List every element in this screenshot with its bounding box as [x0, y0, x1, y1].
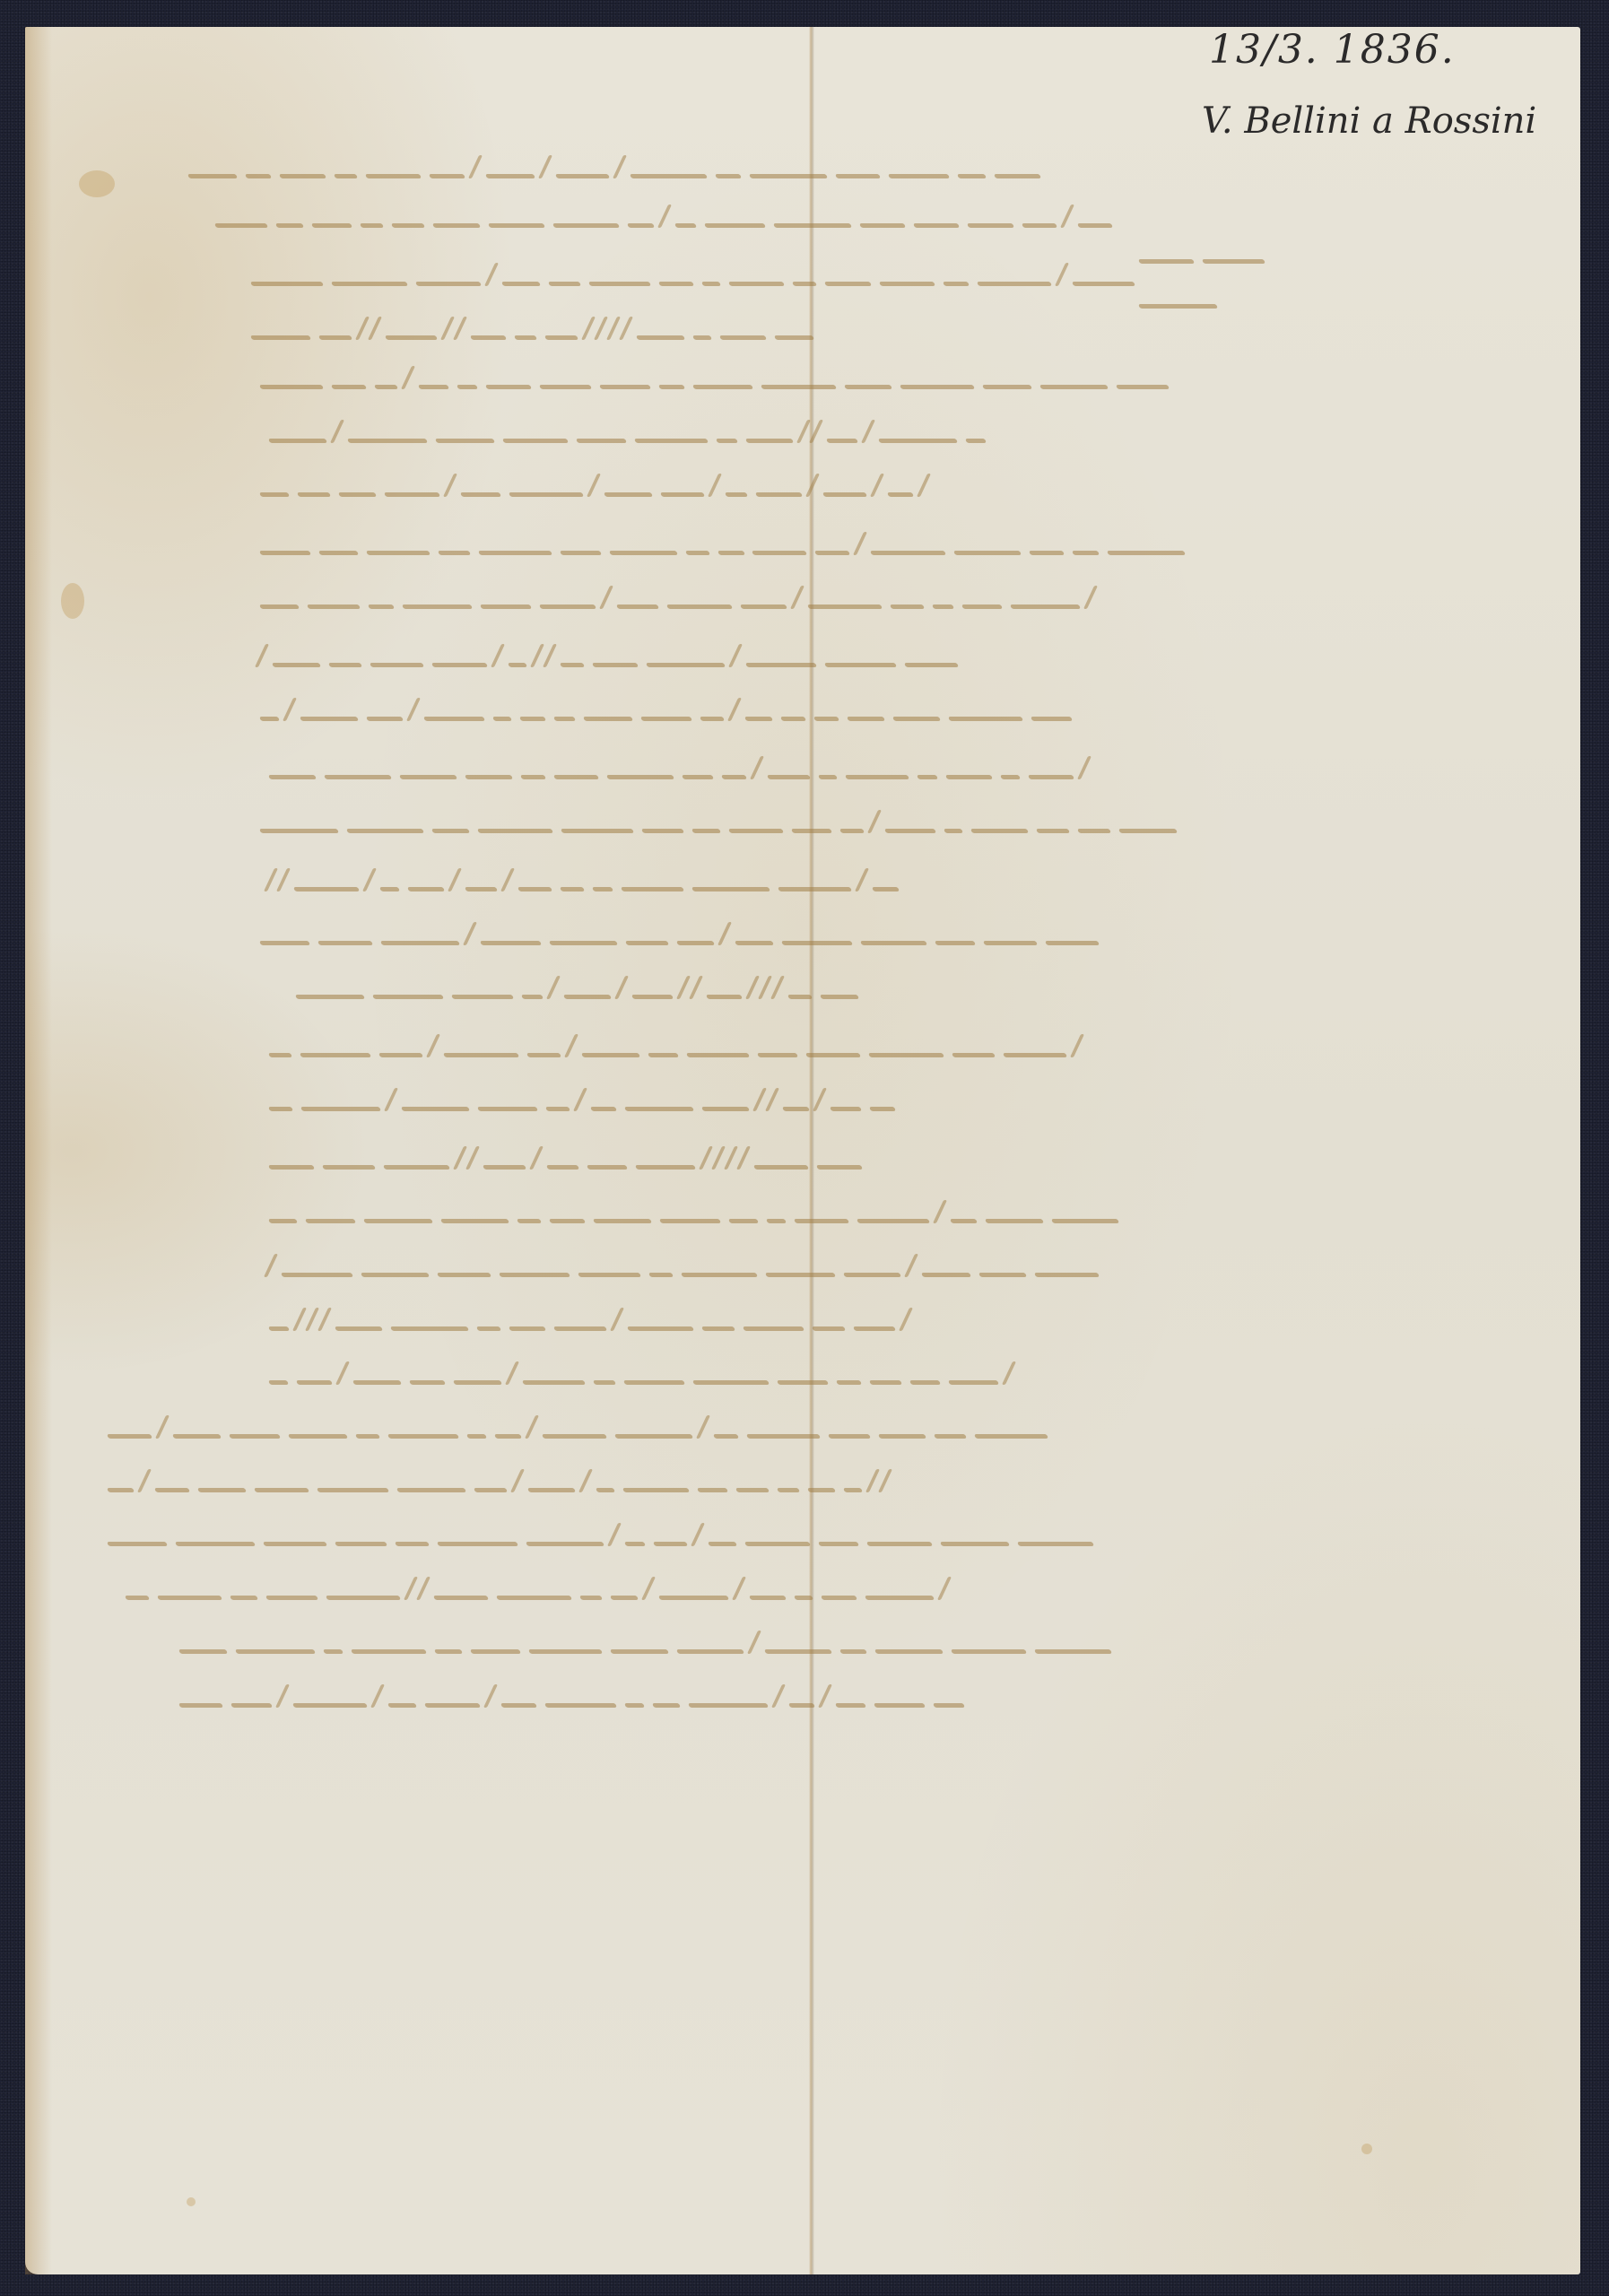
ink-stroke: [443, 474, 457, 497]
ink-stroke: [483, 1165, 526, 1170]
ink-stroke: [816, 1165, 863, 1170]
ink-stroke: [1003, 1053, 1067, 1057]
ink-stroke: [713, 1434, 739, 1439]
ink-stroke: [383, 1165, 450, 1170]
ink-stroke: [499, 1273, 570, 1277]
ink-stroke: [259, 385, 324, 389]
ink-stroke: [674, 223, 697, 228]
ink-stroke: [774, 335, 814, 340]
ink-stroke: [676, 941, 715, 945]
ink-stroke: [453, 1146, 467, 1170]
ink-stroke: [610, 1308, 624, 1331]
ink-stroke: [778, 887, 852, 891]
ink-stroke: [857, 1219, 930, 1223]
ink-stroke: [631, 995, 674, 999]
ink-stroke: [855, 868, 869, 891]
ink-stroke: [296, 1380, 333, 1385]
ink-stroke: [835, 174, 881, 178]
ink-stroke: [563, 995, 612, 999]
ink-stroke: [787, 995, 813, 999]
ink-stroke: [835, 1703, 866, 1708]
ink-stroke: [324, 775, 392, 779]
ink-stroke: [796, 420, 811, 443]
ink-stroke: [305, 1308, 319, 1331]
ink-stroke: [744, 1542, 811, 1546]
ink-stroke: [648, 1273, 674, 1277]
ink-stroke: [957, 174, 987, 178]
ink-stroke: [630, 174, 708, 178]
ink-stroke: [660, 492, 705, 497]
ink-stroke: [824, 663, 897, 667]
ink-stroke: [538, 155, 552, 178]
ink-stroke: [259, 941, 310, 945]
ink-stroke: [728, 644, 743, 667]
ink-stroke: [385, 335, 438, 340]
ink-stroke: [624, 1703, 645, 1708]
ink-stroke: [616, 604, 659, 609]
ink-stroke: [765, 1088, 779, 1111]
ink-stroke: [443, 1053, 519, 1057]
ink-stroke: [1010, 604, 1081, 609]
ink-stroke: [387, 1703, 417, 1708]
ink-stroke: [917, 474, 931, 497]
bleed-through-line: [179, 1677, 1184, 1708]
ink-stroke: [728, 282, 785, 286]
ink-stroke: [477, 829, 553, 833]
ink-stroke: [604, 492, 653, 497]
ink-stroke: [780, 717, 806, 721]
ink-stroke: [331, 385, 367, 389]
ink-stroke: [791, 829, 832, 833]
bleed-through-line: [260, 525, 1184, 555]
ink-stroke: [700, 717, 725, 721]
ink-stroke: [355, 317, 370, 340]
ink-stroke: [578, 1273, 641, 1277]
ink-stroke: [485, 385, 532, 389]
ink-stroke: [259, 492, 290, 497]
ink-stroke: [828, 1434, 871, 1439]
ink-stroke: [692, 1380, 770, 1385]
ink-stroke: [813, 717, 839, 721]
ink-stroke: [431, 829, 470, 833]
ink-stroke: [378, 1053, 423, 1057]
ink-stroke: [338, 492, 377, 497]
ink-stroke: [977, 282, 1052, 286]
ink-stroke: [965, 439, 987, 443]
bleed-through-line: [126, 1570, 1193, 1600]
ink-stroke: [1077, 223, 1113, 228]
ink-stroke: [501, 282, 541, 286]
ink-stroke: [948, 717, 1023, 721]
ink-stroke: [362, 868, 377, 891]
manuscript-page: [25, 27, 1580, 2274]
ink-stroke: [826, 439, 858, 443]
ink-stroke: [465, 1146, 480, 1170]
ink-stroke: [788, 1703, 815, 1708]
ink-stroke: [821, 1596, 857, 1600]
ink-stroke: [807, 604, 883, 609]
ink-stroke: [592, 663, 639, 667]
ink-stroke: [331, 282, 408, 286]
ink-stroke: [770, 976, 785, 999]
ink-stroke: [899, 1308, 913, 1331]
ink-stroke: [544, 1703, 617, 1708]
ink-stroke: [255, 644, 269, 667]
ink-stroke: [641, 1577, 656, 1600]
bleed-through-line: [269, 1027, 1184, 1057]
ink-stroke: [718, 922, 732, 945]
ink-stroke: [676, 976, 691, 999]
ink-stroke: [627, 1326, 694, 1331]
ink-stroke: [573, 1088, 587, 1111]
ink-stroke: [1083, 586, 1098, 609]
ink-stroke: [368, 317, 382, 340]
ink-stroke: [752, 1088, 767, 1111]
ink-stroke: [561, 829, 634, 833]
ink-stroke: [317, 1488, 389, 1492]
ink-stroke: [691, 1523, 705, 1546]
ink-stroke: [878, 1434, 926, 1439]
ink-stroke: [646, 663, 726, 667]
ink-stroke: [688, 1703, 769, 1708]
ink-stroke: [732, 1577, 746, 1600]
ink-stroke: [510, 1469, 525, 1492]
ink-stroke: [440, 317, 455, 340]
ink-stroke: [740, 604, 787, 609]
ink-stroke: [982, 385, 1032, 389]
ink-stroke: [438, 551, 471, 555]
ink-stroke: [607, 1523, 622, 1546]
ink-stroke: [813, 1088, 827, 1111]
ink-stroke: [704, 223, 766, 228]
ink-stroke: [805, 474, 820, 497]
ink-stroke: [402, 604, 473, 609]
ink-stroke: [735, 941, 774, 945]
ink-stroke: [295, 995, 365, 999]
ink-stroke: [496, 1596, 572, 1600]
bleed-through-line: [269, 1139, 1175, 1170]
ink-stroke: [587, 474, 601, 497]
ink-stroke: [276, 868, 291, 891]
ink-stroke: [300, 1053, 371, 1057]
ink-stroke: [933, 1703, 965, 1708]
ink-stroke: [682, 775, 714, 779]
ink-stroke: [500, 1703, 537, 1708]
ink-stroke: [416, 1577, 431, 1600]
ink-stroke: [747, 1631, 761, 1654]
ink-stroke: [326, 1596, 401, 1600]
ink-stroke: [736, 1146, 751, 1170]
ink-stroke: [292, 1703, 368, 1708]
ink-stroke: [465, 775, 513, 779]
ink-stroke: [641, 829, 684, 833]
ink-stroke: [409, 1380, 446, 1385]
ink-stroke: [275, 223, 304, 228]
ink-stroke: [892, 717, 941, 721]
ink-stroke: [526, 1053, 561, 1057]
ink-stroke: [259, 604, 300, 609]
ink-stroke: [944, 829, 963, 833]
ink-stroke: [485, 174, 535, 178]
bleed-through-line: [260, 637, 1193, 667]
ink-stroke: [281, 1273, 353, 1277]
ink-stroke: [440, 1219, 509, 1223]
ink-stroke: [484, 263, 499, 286]
bleed-through-line: [108, 1408, 1193, 1439]
ink-stroke: [653, 1542, 688, 1546]
ink-stroke: [1077, 829, 1111, 833]
ink-stroke: [330, 420, 344, 443]
ink-stroke: [708, 474, 722, 497]
ink-stroke: [692, 385, 753, 389]
ink-stroke: [265, 1596, 318, 1600]
ink-stroke: [521, 995, 544, 999]
ink-stroke: [872, 887, 900, 891]
ink-stroke: [777, 1380, 829, 1385]
ink-stroke: [460, 492, 501, 497]
ink-stroke: [766, 1219, 787, 1223]
ink-stroke: [549, 1219, 586, 1223]
ink-stroke: [622, 1488, 690, 1492]
ink-stroke: [596, 1488, 615, 1492]
ink-stroke: [351, 1649, 427, 1654]
ink-stroke: [477, 1107, 538, 1111]
ink-stroke: [937, 1577, 952, 1600]
ink-stroke: [701, 282, 721, 286]
ink-stroke: [868, 1053, 944, 1057]
ink-stroke: [836, 1380, 862, 1385]
ink-stroke: [866, 1542, 933, 1546]
ink-stroke: [399, 775, 457, 779]
ink-stroke: [578, 1469, 593, 1492]
ink-stroke: [843, 1488, 863, 1492]
ink-stroke: [1077, 756, 1092, 779]
ink-stroke: [197, 1488, 247, 1492]
ink-stroke: [599, 385, 651, 389]
ink-stroke: [1060, 204, 1074, 228]
ink-stroke: [268, 439, 327, 443]
ink-stroke: [718, 551, 744, 555]
ink-stroke: [878, 439, 958, 443]
ink-stroke: [761, 385, 837, 389]
ink-stroke: [470, 1649, 521, 1654]
ink-stroke: [590, 1107, 617, 1111]
ink-stroke: [613, 155, 627, 178]
ink-stroke: [867, 810, 882, 833]
ink-stroke: [913, 223, 960, 228]
ink-stroke: [974, 1434, 1048, 1439]
ink-stroke: [948, 1380, 999, 1385]
ink-stroke: [822, 492, 867, 497]
bleed-through-line: [260, 359, 1184, 389]
ink-stroke: [335, 1542, 387, 1546]
ink-stroke: [745, 663, 817, 667]
ink-stroke: [725, 492, 748, 497]
ink-stroke: [870, 474, 884, 497]
ink-stroke: [107, 1488, 135, 1492]
ink-stroke: [619, 317, 633, 340]
ink-stroke: [878, 1469, 892, 1492]
ink-stroke: [681, 1273, 758, 1277]
ink-stroke: [107, 1542, 168, 1546]
ink-stroke: [932, 604, 954, 609]
ink-stroke: [553, 717, 576, 721]
ink-stroke: [483, 1684, 498, 1708]
ink-stroke: [652, 1703, 681, 1708]
ink-stroke: [1045, 941, 1100, 945]
ink-stroke: [279, 174, 326, 178]
ink-stroke: [268, 1380, 289, 1385]
ink-stroke: [437, 1542, 518, 1546]
ink-stroke: [318, 335, 352, 340]
ink-stroke: [970, 829, 1029, 833]
ink-stroke: [921, 1273, 971, 1277]
ink-stroke: [155, 1415, 170, 1439]
ink-stroke: [845, 775, 909, 779]
ink-stroke: [479, 551, 552, 555]
ink-stroke: [175, 1542, 256, 1546]
ink-stroke: [983, 941, 1038, 945]
ink-stroke: [1017, 1542, 1094, 1546]
ink-stroke: [708, 1542, 737, 1546]
ink-stroke: [305, 1219, 356, 1223]
ink-stroke: [157, 1596, 222, 1600]
ink-stroke: [500, 868, 515, 891]
ink-stroke: [548, 282, 581, 286]
ink-stroke: [539, 385, 592, 389]
ink-stroke: [391, 223, 425, 228]
ink-stroke: [520, 775, 546, 779]
bleed-through-line: [296, 969, 1166, 999]
ink-stroke: [844, 385, 892, 389]
ink-stroke: [137, 1469, 152, 1492]
ink-stroke: [792, 282, 817, 286]
ink-stroke: [539, 604, 596, 609]
ink-stroke: [451, 995, 514, 999]
ink-stroke: [777, 1488, 800, 1492]
ink-stroke: [824, 282, 872, 286]
ink-stroke: [254, 1488, 309, 1492]
ink-stroke: [967, 223, 1014, 228]
ink-stroke: [1039, 385, 1109, 389]
bleed-through-line: [260, 466, 1179, 497]
ink-stroke: [346, 829, 424, 833]
ink-stroke: [636, 335, 685, 340]
ink-stroke: [370, 1684, 385, 1708]
ink-stroke: [545, 1107, 570, 1111]
ink-stroke: [764, 1649, 832, 1654]
ink-stroke: [818, 775, 838, 779]
ink-stroke: [745, 439, 794, 443]
ink-stroke: [465, 887, 498, 891]
ink-stroke: [696, 1415, 710, 1439]
ink-stroke: [505, 1361, 519, 1385]
ink-stroke: [245, 174, 272, 178]
ink-stroke: [879, 282, 935, 286]
ink-stroke: [579, 1596, 603, 1600]
ink-stroke: [1002, 1361, 1016, 1385]
ink-stroke: [900, 385, 975, 389]
ink-stroke: [909, 1380, 941, 1385]
ink-stroke: [830, 1107, 862, 1111]
ink-stroke: [470, 335, 507, 340]
ink-stroke: [366, 551, 431, 555]
ink-stroke: [658, 385, 685, 389]
ink-stroke: [401, 366, 415, 389]
ink-stroke: [433, 1596, 489, 1600]
archival-date-annotation: 13/3. 1836.: [1209, 27, 1456, 73]
ink-stroke: [659, 1219, 721, 1223]
ink-stroke: [743, 1326, 804, 1331]
bleed-through-line: [179, 1623, 1166, 1654]
ink-stroke: [560, 887, 585, 891]
ink-stroke: [370, 663, 424, 667]
ink-stroke: [1055, 263, 1069, 286]
ink-stroke: [426, 1034, 440, 1057]
ink-stroke: [1070, 1034, 1084, 1057]
ink-stroke: [474, 1488, 508, 1492]
ink-stroke: [904, 663, 959, 667]
ink-stroke: [259, 717, 280, 721]
ink-stroke: [686, 1053, 750, 1057]
ink-stroke: [1000, 775, 1021, 779]
ink-stroke: [685, 551, 709, 555]
ink-stroke: [701, 1107, 750, 1111]
ink-stroke: [951, 1649, 1027, 1654]
bleed-through-line: [269, 749, 1197, 779]
ink-stroke: [583, 717, 633, 721]
ink-stroke: [853, 1326, 896, 1331]
ink-stroke: [839, 829, 865, 833]
ink-stroke: [807, 1488, 836, 1492]
ink-stroke: [719, 335, 767, 340]
ink-stroke: [125, 1596, 150, 1600]
ink-stroke: [994, 174, 1041, 178]
ink-stroke: [706, 995, 743, 999]
ink-stroke: [648, 1053, 679, 1057]
bleed-through-line: [269, 413, 1184, 443]
ink-stroke: [555, 174, 610, 178]
ink-stroke: [368, 604, 395, 609]
ink-stroke: [509, 1326, 546, 1331]
ink-stroke: [317, 1308, 332, 1331]
ink-stroke: [434, 1649, 463, 1654]
ink-stroke: [809, 420, 823, 443]
ink-stroke: [552, 223, 620, 228]
ink-stroke: [529, 1146, 544, 1170]
ink-stroke: [940, 1542, 1010, 1546]
ink-stroke: [697, 1488, 728, 1492]
ink-stroke: [843, 1273, 901, 1277]
ink-stroke: [395, 1542, 430, 1546]
ink-stroke: [390, 1326, 469, 1331]
ink-stroke: [781, 941, 853, 945]
ink-stroke: [379, 887, 400, 891]
ink-stroke: [884, 829, 936, 833]
ink-stroke: [154, 1488, 190, 1492]
ink-stroke: [715, 174, 742, 178]
ink-stroke: [297, 492, 331, 497]
ink-stroke: [530, 644, 544, 667]
ink-stroke: [187, 174, 238, 178]
bleed-through-line: [1139, 233, 1292, 264]
ink-stroke: [522, 1380, 586, 1385]
ink-stroke: [283, 698, 297, 721]
bleed-through-line: [188, 148, 1197, 178]
ink-stroke: [334, 174, 358, 178]
ink-stroke: [691, 829, 721, 833]
ink-stroke: [581, 317, 596, 340]
